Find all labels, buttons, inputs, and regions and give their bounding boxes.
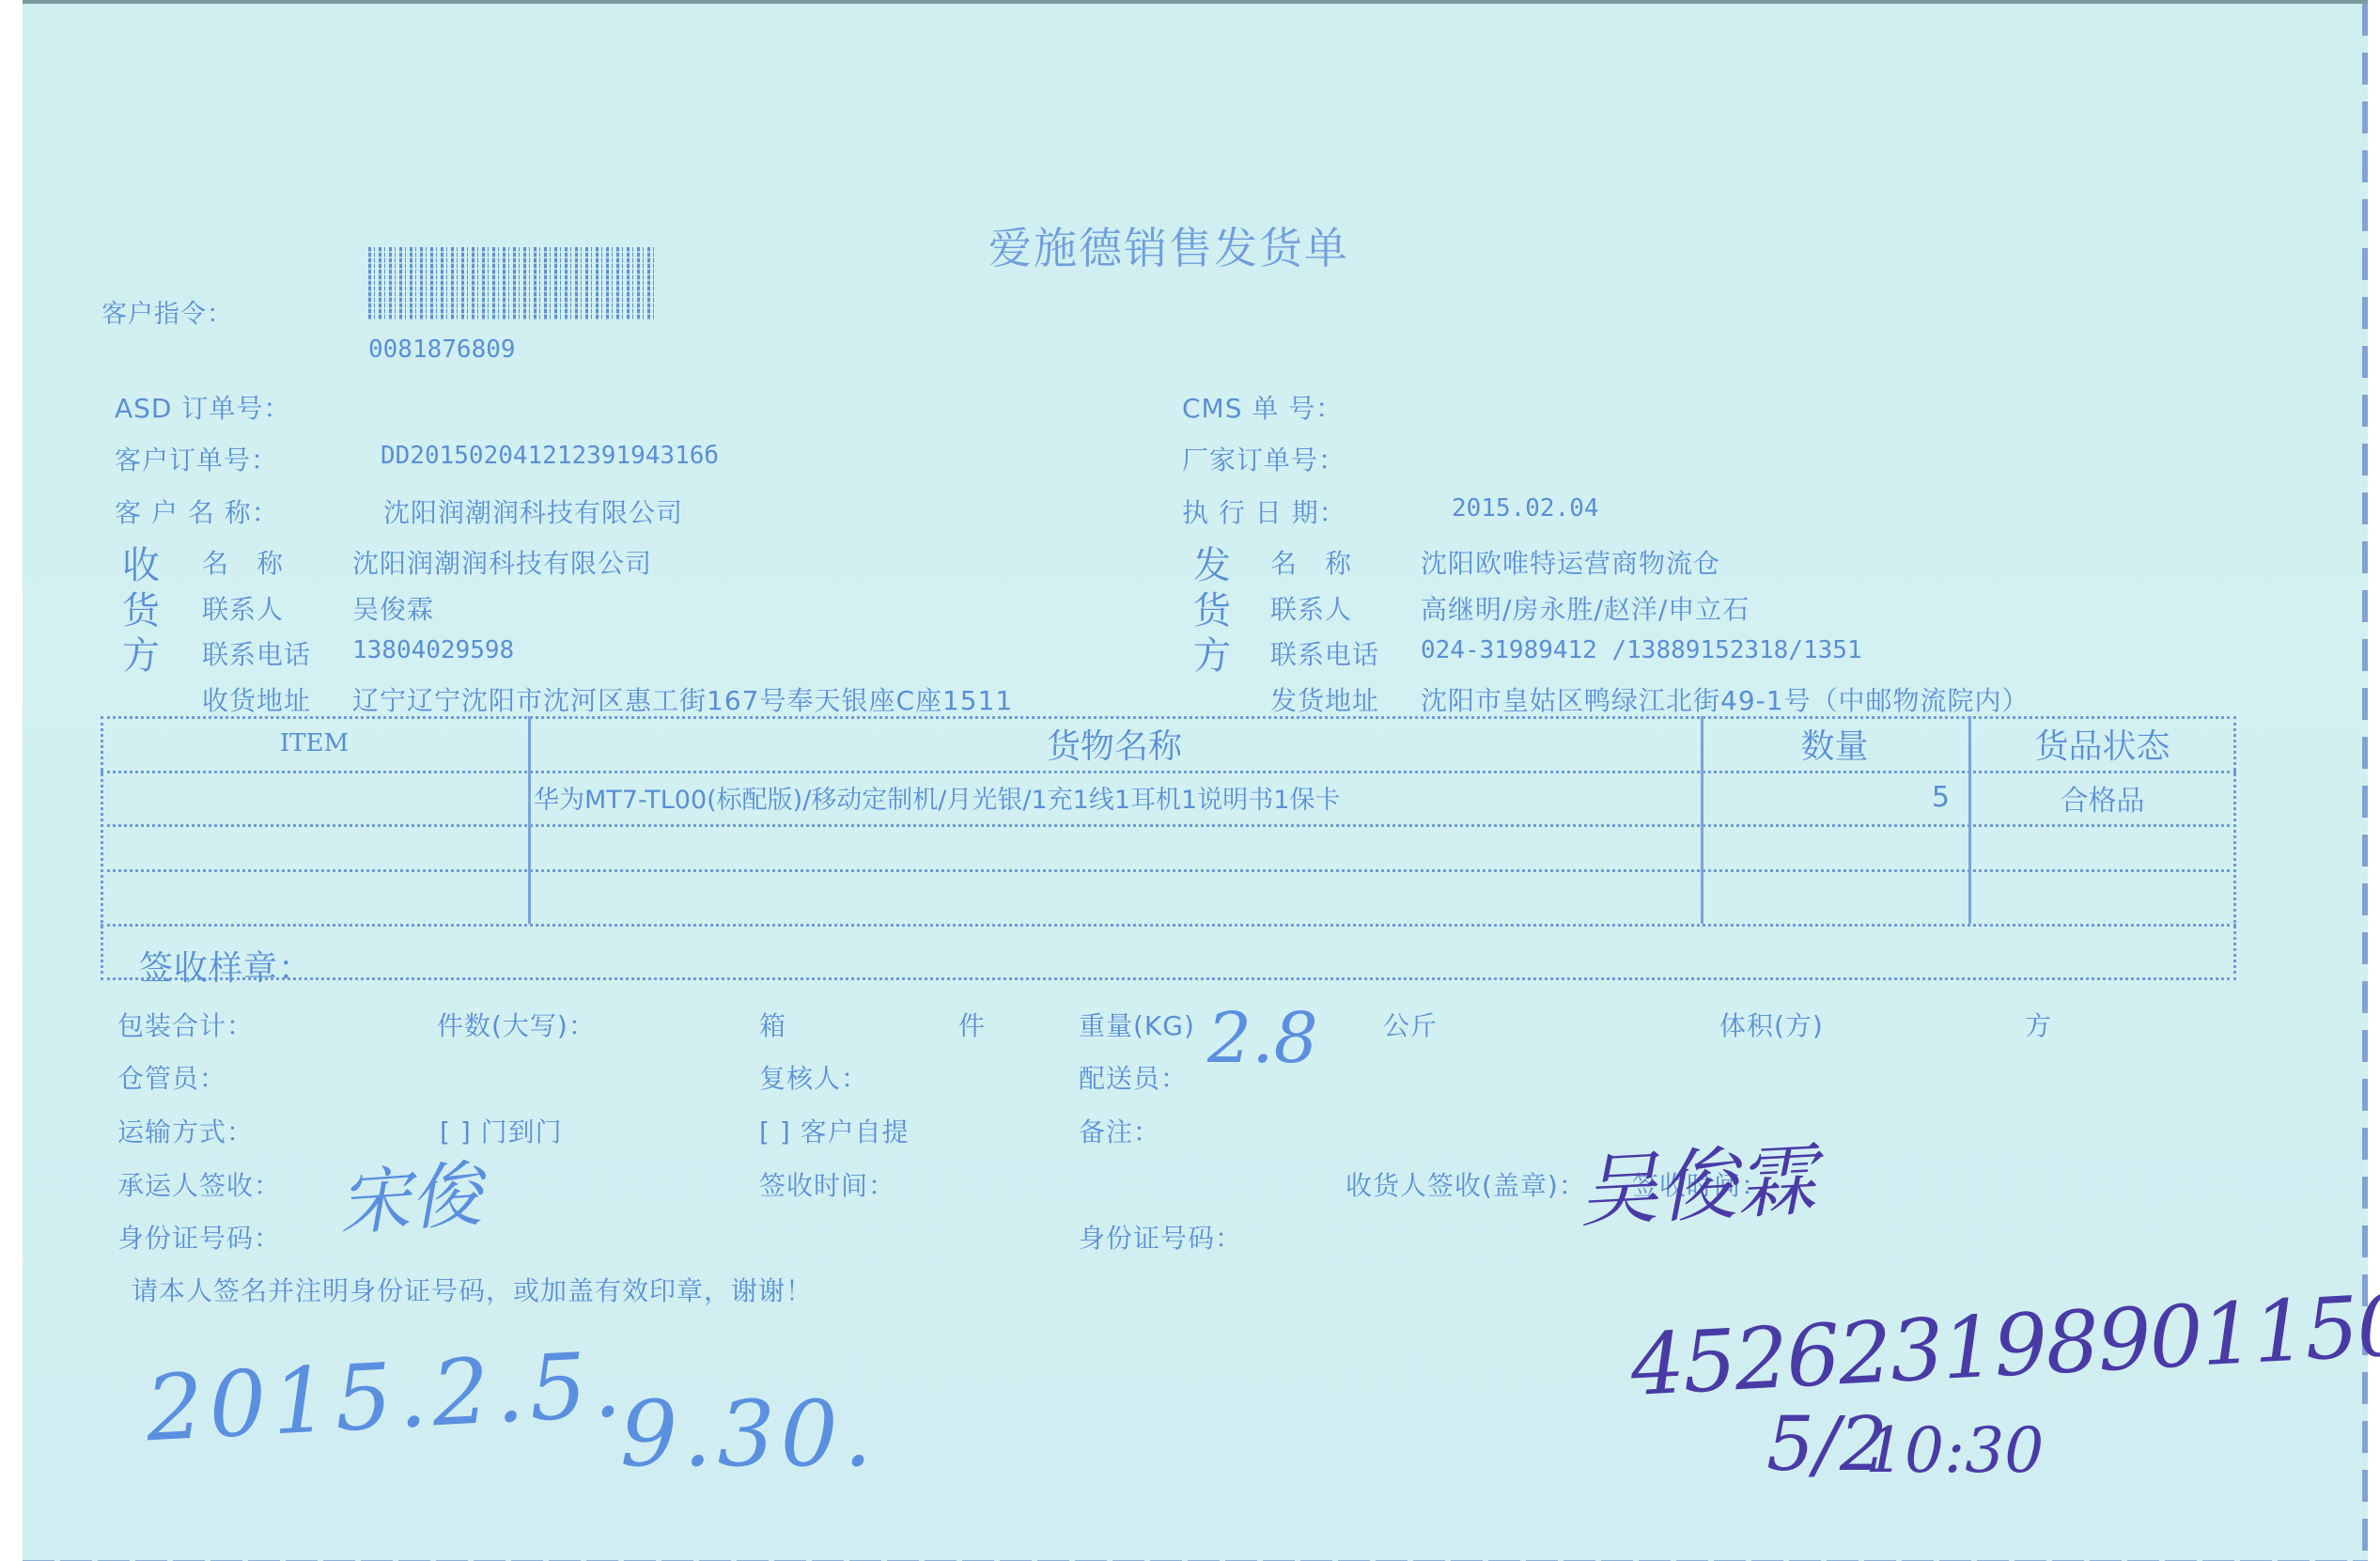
barcode bbox=[368, 247, 658, 320]
piece-label: 件 bbox=[958, 1006, 986, 1043]
customer-name-value: 沈阳润潮润科技有限公司 bbox=[383, 492, 683, 530]
volume-label: 体积(方) bbox=[1719, 1006, 1824, 1043]
table-header-item: ITEM bbox=[101, 716, 528, 771]
receiver-sign-label: 收货人签收(盖章)： bbox=[1346, 1165, 1586, 1203]
deliverer-label: 配送员： bbox=[1079, 1058, 1188, 1096]
asd-order-label: ASD 订单号： bbox=[115, 388, 290, 426]
customer-name-label: 客 户 名 称： bbox=[115, 492, 279, 530]
weight-label: 重量(KG) bbox=[1079, 1006, 1195, 1043]
sender-name-label: 名 称 bbox=[1270, 543, 1352, 581]
pieces-label: 件数(大写)： bbox=[437, 1006, 596, 1043]
customer-order-label: 客户订单号： bbox=[115, 440, 278, 477]
row-status: 合格品 bbox=[1968, 771, 2236, 824]
id-number-label-left: 身份证号码： bbox=[117, 1218, 281, 1256]
receiver-name-value: 沈阳润潮润科技有限公司 bbox=[352, 543, 652, 581]
receiver-contact-value: 吴俊霖 bbox=[352, 589, 434, 627]
weight-value: 2.8 bbox=[1207, 998, 1318, 1079]
table-divider bbox=[101, 924, 2236, 927]
sign-stamp-label: 签收样章： bbox=[139, 942, 313, 990]
row-goods-name: 华为MT7-TL00(标配版)/移动定制机/月光银/1充1线1耳机1说明书1保卡 bbox=[534, 771, 1340, 824]
reviewer-label: 复核人： bbox=[759, 1058, 868, 1096]
signature-notice: 请本人签名并注明身份证号码，或加盖有效印章，谢谢！ bbox=[132, 1271, 813, 1308]
receiver-address-value: 辽宁辽宁沈阳市沈河区惠工街167号奉天银座C座1511 bbox=[352, 680, 1013, 718]
box-label: 箱 bbox=[759, 1006, 786, 1043]
sign-time-label: 签收时间： bbox=[759, 1165, 895, 1203]
sender-contact-label: 联系人 bbox=[1270, 589, 1352, 627]
exec-date-value: 2015.02.04 bbox=[1452, 494, 1599, 523]
volume-unit: 方 bbox=[2025, 1006, 2052, 1043]
warehouse-keeper-label: 仓管员： bbox=[117, 1058, 226, 1096]
receiver-phone-value: 13804029598 bbox=[352, 636, 514, 664]
customer-instruction-label: 客户指令： bbox=[101, 293, 233, 330]
receiver-phone-label: 联系电话 bbox=[202, 634, 311, 672]
sender-address-value: 沈阳市皇姑区鸭绿江北街49-1号（中邮物流院内） bbox=[1421, 680, 2030, 718]
table-divider bbox=[101, 824, 2236, 827]
row-item bbox=[101, 771, 528, 824]
receiver-contact-label: 联系人 bbox=[202, 589, 284, 627]
package-total-label: 包装合计： bbox=[117, 1006, 254, 1043]
receiver-name-label: 名 称 bbox=[202, 543, 284, 581]
carrier-signature: 宋俊 bbox=[334, 1137, 484, 1249]
id-number-label-right: 身份证号码： bbox=[1079, 1218, 1242, 1256]
table-header-quantity: 数量 bbox=[1701, 716, 1968, 771]
barcode-number: 0081876809 bbox=[368, 336, 516, 364]
exec-date-label: 执 行 日 期： bbox=[1182, 492, 1346, 530]
factory-order-label: 厂家订单号： bbox=[1182, 440, 1346, 477]
page-title: 爱施德销售发货单 bbox=[988, 214, 1349, 276]
sender-side-char-3: 方 bbox=[1193, 626, 1232, 679]
sender-phone-label: 联系电话 bbox=[1270, 634, 1379, 672]
table-header-status: 货品状态 bbox=[1968, 716, 2236, 771]
weight-unit: 公斤 bbox=[1383, 1006, 1438, 1043]
self-pickup-checkbox[interactable]: [ ] 客户自提 bbox=[759, 1112, 910, 1149]
table-divider bbox=[101, 869, 2236, 872]
receiver-side-char-3: 方 bbox=[122, 626, 161, 679]
receiver-signature: 吴俊霖 bbox=[1576, 1116, 1818, 1242]
receiver-address-label: 收货地址 bbox=[202, 680, 311, 718]
sender-phone-value: 024-31989412 /13889152318/1351 bbox=[1421, 636, 1862, 664]
remark-label: 备注： bbox=[1079, 1112, 1160, 1149]
row-quantity: 5 bbox=[1701, 771, 1950, 824]
transport-method-label: 运输方式： bbox=[117, 1112, 254, 1149]
carrier-handwritten-time: 9.30. bbox=[620, 1381, 878, 1487]
cms-label: CMS 单 号： bbox=[1182, 388, 1343, 426]
receiver-handwritten-time: 10:30 bbox=[1865, 1414, 2044, 1487]
table-header-goods-name: 货物名称 bbox=[528, 716, 1701, 771]
sender-name-value: 沈阳欧唯特运营商物流仓 bbox=[1421, 543, 1720, 581]
sender-address-label: 发货地址 bbox=[1270, 680, 1379, 718]
carrier-sign-label: 承运人签收： bbox=[117, 1165, 281, 1203]
customer-order-value: DD20150204121239194316б bbox=[381, 442, 719, 470]
sender-contact-value: 高继明/房永胜/赵洋/申立石 bbox=[1421, 589, 1750, 627]
